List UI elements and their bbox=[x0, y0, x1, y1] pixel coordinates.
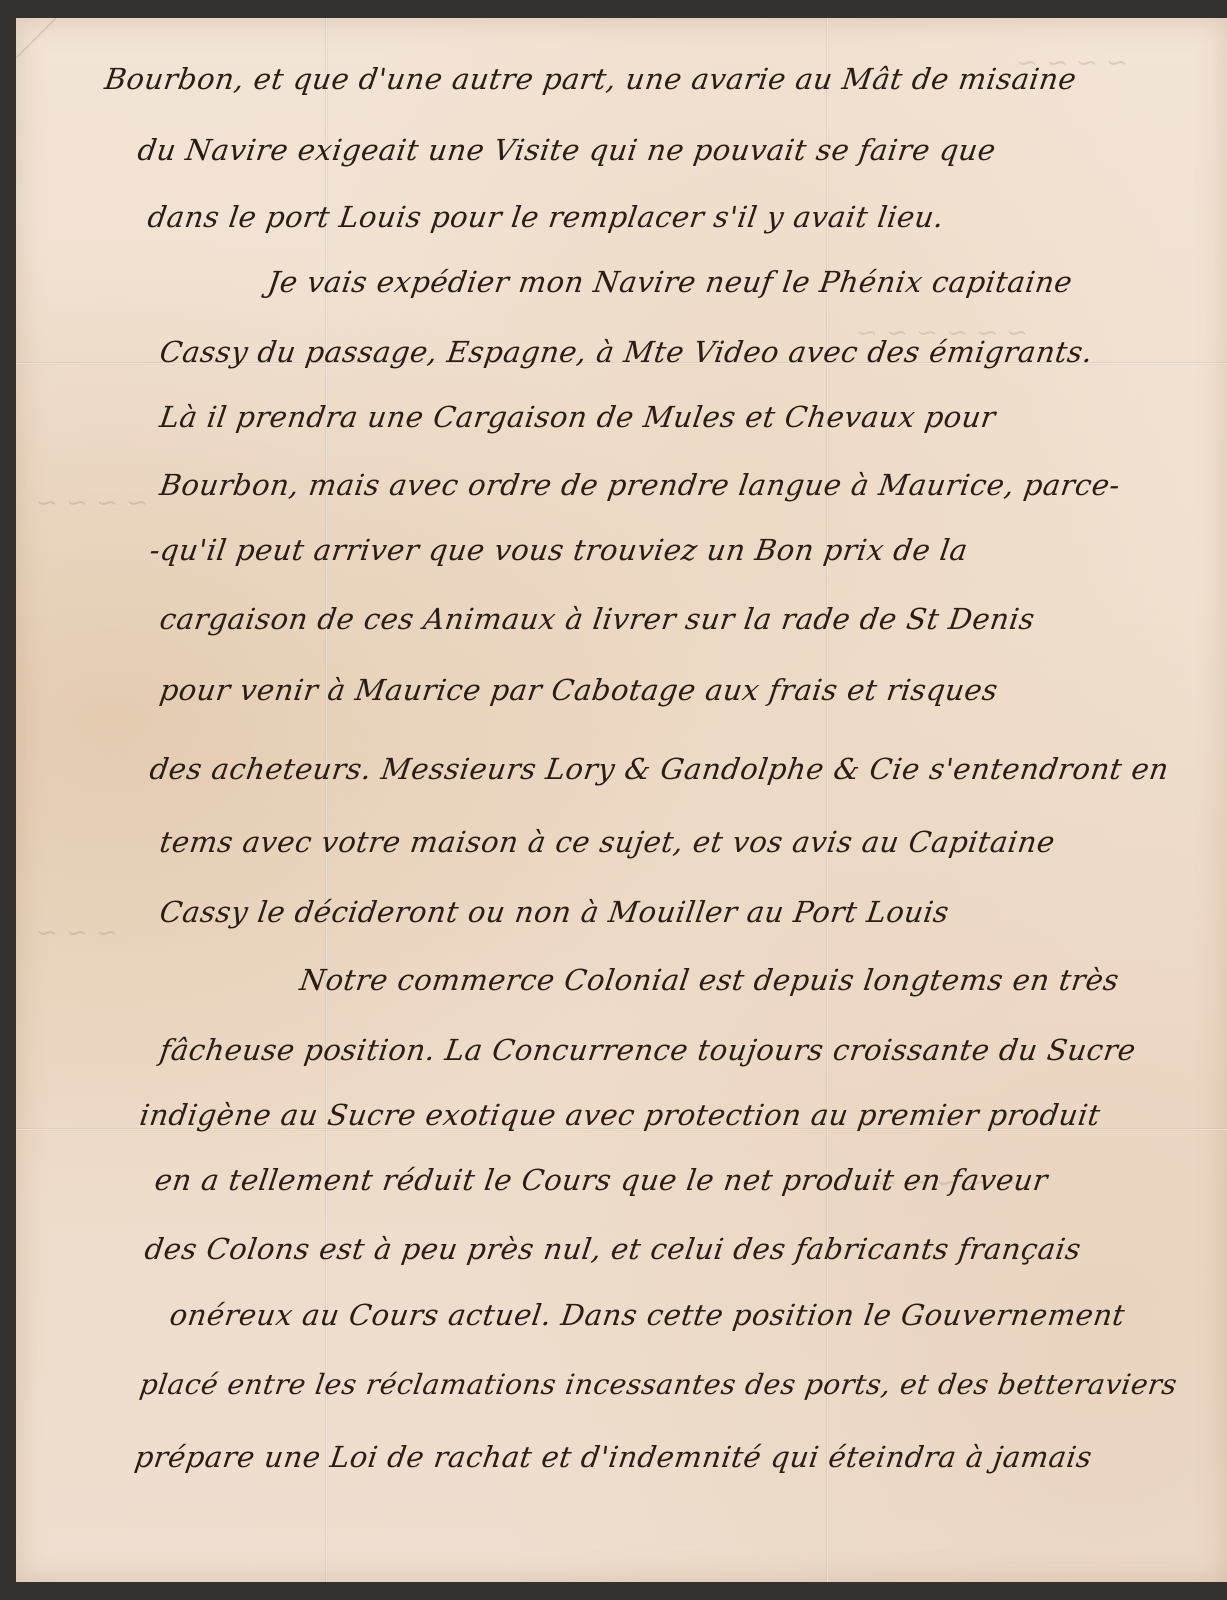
letter-line: -qu'il peut arriver que vous trouviez un… bbox=[148, 533, 970, 567]
fold-line-vertical-right bbox=[826, 18, 829, 1582]
letter-line: onéreux au Cours actuel. Dans cette posi… bbox=[168, 1298, 1128, 1332]
letter-line: Là il prendra une Cargaison de Mules et … bbox=[158, 400, 998, 434]
letter-line: pour venir à Maurice par Cabotage aux fr… bbox=[158, 673, 1001, 707]
letter-line: placé entre les réclamations incessantes… bbox=[138, 1368, 1180, 1401]
bleed-through-text: ~ ~ ~ ~ bbox=[36, 488, 148, 518]
letter-line: Bourbon, mais avec ordre de prendre lang… bbox=[158, 468, 1123, 502]
letter-line: des acheteurs. Messieurs Lory & Gandolph… bbox=[148, 752, 1171, 786]
letter-line: Notre commerce Colonial est depuis longt… bbox=[298, 963, 1122, 997]
letter-line: du Navire exigeait une Visite qui ne pou… bbox=[136, 133, 998, 167]
letter-line: des Colons est à peu près nul, et celui … bbox=[143, 1232, 1084, 1266]
letter-page: ~ ~ ~ ~ ~ ~ ~ ~ ~ ~ ~ ~ ~ ~ ~ ~ ~ ~ ~ ~ … bbox=[16, 18, 1227, 1582]
letter-line: dans le port Louis pour le remplacer s'i… bbox=[146, 200, 947, 234]
letter-line: fâcheuse position. La Concurrence toujou… bbox=[158, 1033, 1138, 1067]
letter-line: tems avec votre maison à ce sujet, et vo… bbox=[158, 825, 1058, 859]
letter-line: Bourbon, et que d'une autre part, une av… bbox=[103, 62, 1079, 96]
letter-line: cargaison de ces Animaux à livrer sur la… bbox=[158, 602, 1037, 636]
fold-line-vertical-left bbox=[325, 18, 328, 1582]
bleed-through-text: ~ ~ ~ bbox=[36, 918, 118, 948]
corner-crease bbox=[16, 18, 56, 58]
letter-line: Je vais expédier mon Navire neuf le Phén… bbox=[266, 265, 1075, 299]
letter-line: en a tellement réduit le Cours que le ne… bbox=[153, 1163, 1050, 1197]
letter-line: indigène au Sucre exotique avec protecti… bbox=[138, 1098, 1103, 1132]
letter-line: prépare une Loi de rachat et d'indemnité… bbox=[133, 1440, 1095, 1474]
letter-line: Cassy du passage, Espagne, à Mte Video a… bbox=[158, 335, 1095, 369]
letter-line: Cassy le décideront ou non à Mouiller au… bbox=[158, 895, 952, 929]
